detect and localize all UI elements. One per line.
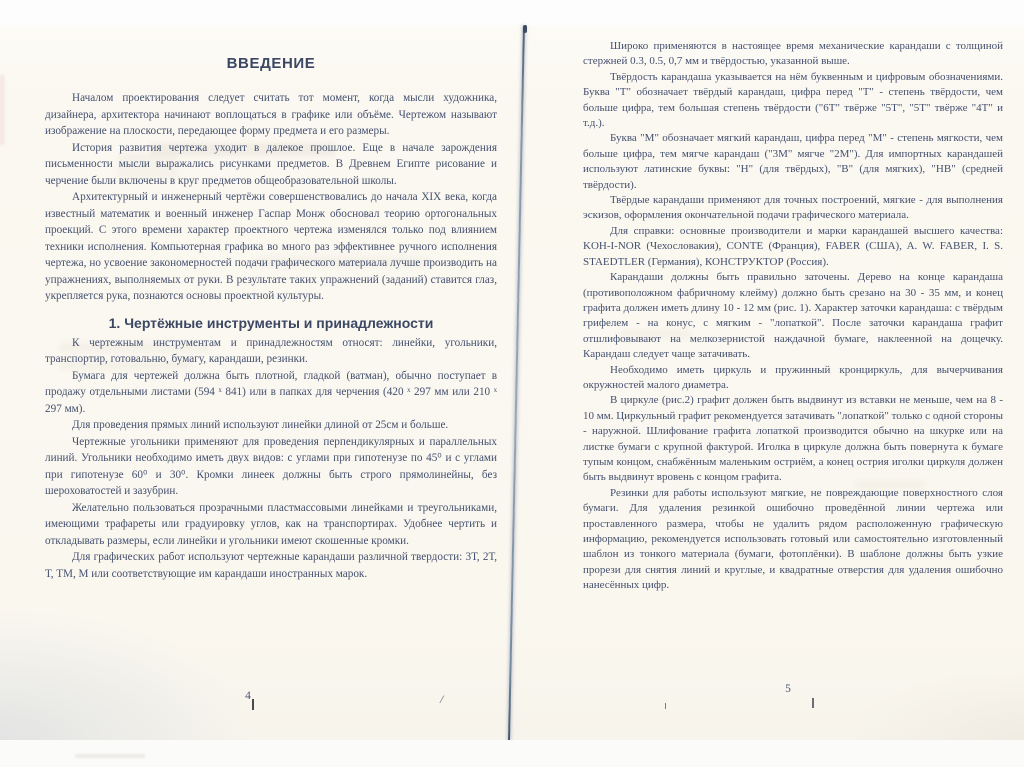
book-page-right: Широко применяются в настоящее время мех… [583, 39, 1003, 594]
paragraph: Для справки: основные производители и ма… [583, 224, 1003, 270]
paragraph: Желательно пользоваться прозрачными плас… [45, 500, 497, 550]
bottom-margin-strip [0, 740, 1024, 767]
page-gutter-line [508, 26, 525, 740]
scan-speckle [812, 698, 814, 708]
paragraph: Резинки для работы используют мягкие, не… [583, 486, 1003, 594]
paragraph: К чертежным инструментам и принадлежност… [45, 335, 497, 368]
section-paragraphs: К чертежным инструментам и принадлежност… [45, 335, 497, 583]
paragraph: Для проведения прямых линий используют л… [45, 417, 497, 434]
page-number-right: 5 [768, 683, 808, 695]
book-page-left: ВВЕДЕНИЕ Началом проектирования следует … [45, 55, 497, 582]
scan-artifact [0, 75, 4, 145]
section-heading: 1. Чертёжные инструменты и принадлежност… [45, 315, 497, 331]
scanned-book-spread: ВВЕДЕНИЕ Началом проектирования следует … [0, 0, 1024, 767]
paragraph: Необходимо иметь циркуль и пружинный кро… [583, 363, 1003, 394]
paragraph: Буква "М" обозначает мягкий карандаш, ци… [583, 131, 1003, 193]
scan-speckle [252, 699, 254, 710]
paragraph: Началом проектирования следует считать т… [45, 90, 497, 140]
book-scan-area: ВВЕДЕНИЕ Началом проектирования следует … [0, 25, 1024, 740]
stray-slash-mark: / [440, 692, 443, 707]
paragraph: Широко применяются в настоящее время мех… [583, 39, 1003, 70]
paragraph: Архитектурный и инженерный чертёжи совер… [45, 189, 497, 305]
top-margin-strip [0, 0, 1024, 25]
paragraph: История развития чертежа уходит в далеко… [45, 140, 497, 190]
paragraph: Твёрдость карандаша указывается на нём б… [583, 70, 1003, 132]
paragraph: Твёрдые карандаши применяют для точных п… [583, 193, 1003, 224]
paragraph: В циркуле (рис.2) графит должен быть выд… [583, 393, 1003, 485]
right-page-paragraphs: Широко применяются в настоящее время мех… [583, 39, 1003, 594]
paragraph: Чертежные угольники применяют для провед… [45, 434, 497, 500]
scan-speckle [665, 703, 666, 709]
intro-paragraphs: Началом проектирования следует считать т… [45, 90, 497, 305]
page-number-left: 4 [228, 690, 268, 702]
paragraph: Карандаши должны быть правильно заточены… [583, 270, 1003, 362]
paragraph: Бумага для чертежей должна быть плотной,… [45, 368, 497, 418]
paragraph: Для графических работ используют чертежн… [45, 549, 497, 582]
gutter-top-mark [523, 25, 527, 33]
page-title: ВВЕДЕНИЕ [45, 55, 497, 72]
scan-smudge [75, 754, 145, 758]
